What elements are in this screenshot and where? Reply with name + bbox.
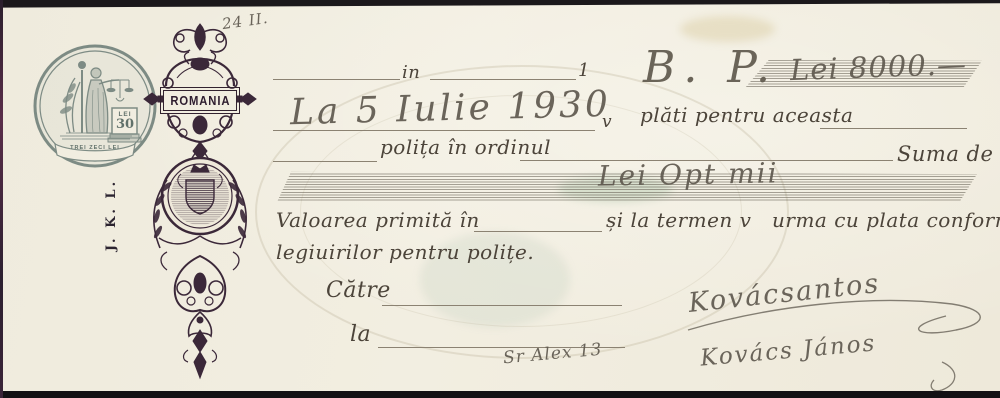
blank-line bbox=[820, 128, 967, 129]
printed-suma-de: Suma de bbox=[897, 142, 993, 166]
printed-laws-text: legiuirilor pentru polițe. bbox=[276, 240, 534, 264]
blank-line bbox=[273, 161, 377, 162]
printed-order-text: polița în ordinul bbox=[380, 135, 551, 159]
printed-pay-text: plăti pentru aceasta bbox=[640, 103, 853, 127]
handwritten-amount-words: Lei Opt mii bbox=[598, 156, 779, 192]
blank-line bbox=[430, 79, 576, 80]
stamp-value: 30 bbox=[111, 117, 139, 132]
ornament-engraving bbox=[143, 20, 257, 380]
revenue-stamp: LEI 30 TREI ZECI LEI bbox=[30, 40, 160, 170]
pencil-corner-note: 24 II. bbox=[221, 9, 270, 33]
ornament-column bbox=[143, 20, 257, 380]
printed-v-abbrev: v bbox=[602, 112, 612, 132]
scan-edge-top bbox=[0, 0, 1000, 8]
printed-in-label: in bbox=[402, 62, 420, 83]
blank-line bbox=[273, 79, 400, 80]
scan-edge-left bbox=[0, 0, 3, 398]
stamp-banner-text: TREI ZECI LEI bbox=[55, 145, 135, 151]
printed-value-received: Valoarea primită în bbox=[276, 208, 480, 232]
document-scan: LEI 30 TREI ZECI LEI bbox=[0, 0, 1000, 398]
printed-conform-text: urma cu plata conform bbox=[772, 208, 1000, 232]
printed-at-label: la bbox=[350, 322, 371, 347]
romania-banner-label: ROMANIA bbox=[170, 94, 230, 108]
printed-term-text: și la termen v bbox=[606, 208, 751, 232]
printer-initials: J. K. L. bbox=[104, 173, 122, 257]
romania-banner: ROMANIA bbox=[163, 90, 237, 111]
handwritten-date: La 5 Iulie 1930 bbox=[290, 84, 612, 133]
printed-year-digit: 1 bbox=[578, 60, 590, 81]
printed-to-label: Către bbox=[326, 278, 391, 303]
payee-line bbox=[382, 305, 622, 306]
blank-line bbox=[474, 231, 602, 232]
paper-stain bbox=[680, 16, 775, 42]
scan-edge-bottom bbox=[0, 391, 1000, 398]
handwritten-amount-figures: Lei 8000.— bbox=[789, 47, 967, 87]
